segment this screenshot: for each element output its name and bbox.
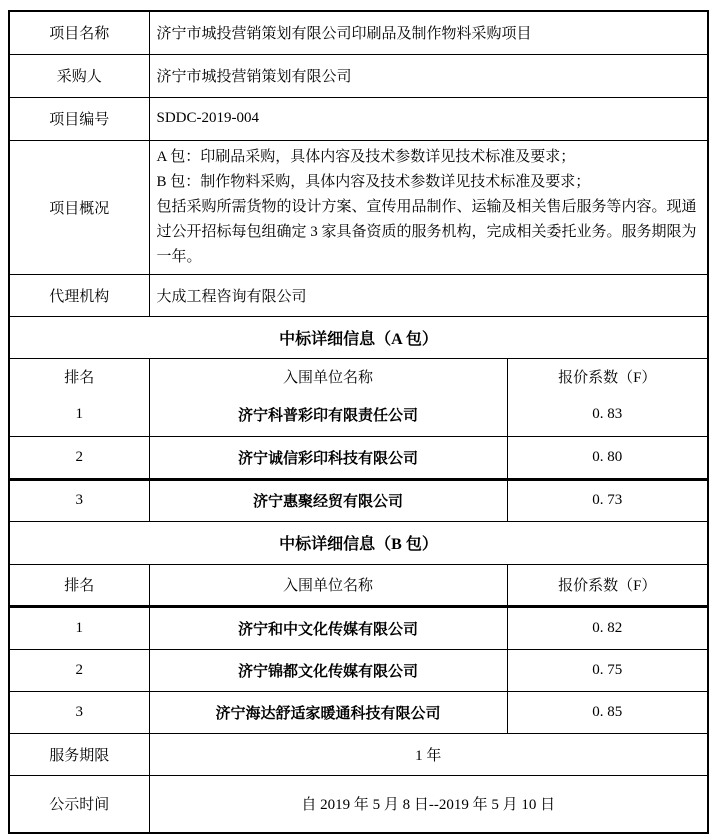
table-row-project-number: 项目编号 SDDC-2019-004 xyxy=(9,97,708,140)
table-row-publicity-time: 公示时间 自 2019 年 5 月 8 日--2019 年 5 月 10 日 xyxy=(9,775,708,833)
company-name-cell: 济宁科普彩印有限责任公司 xyxy=(149,394,507,436)
table-row-purchaser: 采购人 济宁市城投营销策划有限公司 xyxy=(9,54,708,97)
company-column-header: 入围单位名称 xyxy=(149,564,507,606)
ranking-row: 2 济宁锦都文化传媒有限公司 0. 75 xyxy=(9,649,708,691)
section-b-title-row: 中标详细信息（B 包） xyxy=(9,521,708,564)
price-factor-cell: 0. 85 xyxy=(507,691,708,733)
section-a-title: 中标详细信息（A 包） xyxy=(9,316,708,358)
company-name-cell: 济宁诚信彩印科技有限公司 xyxy=(149,436,507,479)
row-label: 采购人 xyxy=(9,54,149,97)
rank-column-header: 排名 xyxy=(9,358,149,394)
factor-column-header: 报价系数（F） xyxy=(507,358,708,394)
project-name-value: 济宁市城投营销策划有限公司印刷品及制作物料采购项目 xyxy=(149,11,708,54)
rank-cell: 3 xyxy=(9,479,149,521)
row-label: 公示时间 xyxy=(9,775,149,833)
procurement-result-table: 项目名称 济宁市城投营销策划有限公司印刷品及制作物料采购项目 采购人 济宁市城投… xyxy=(8,10,709,834)
table-row-agency: 代理机构 大成工程咨询有限公司 xyxy=(9,274,708,316)
price-factor-cell: 0. 80 xyxy=(507,436,708,479)
rank-cell: 1 xyxy=(9,606,149,649)
section-b-title: 中标详细信息（B 包） xyxy=(9,521,708,564)
row-label: 项目编号 xyxy=(9,97,149,140)
ranking-row: 3 济宁惠聚经贸有限公司 0. 73 xyxy=(9,479,708,521)
company-name-cell: 济宁海达舒适家暖通科技有限公司 xyxy=(149,691,507,733)
rank-cell: 3 xyxy=(9,691,149,733)
factor-column-header: 报价系数（F） xyxy=(507,564,708,606)
price-factor-cell: 0. 73 xyxy=(507,479,708,521)
rank-column-header: 排名 xyxy=(9,564,149,606)
agency-value: 大成工程咨询有限公司 xyxy=(149,274,708,316)
rank-cell: 1 xyxy=(9,394,149,436)
ranking-row: 1 济宁科普彩印有限责任公司 0. 83 xyxy=(9,394,708,436)
table-row-project-name: 项目名称 济宁市城投营销策划有限公司印刷品及制作物料采购项目 xyxy=(9,11,708,54)
company-name-cell: 济宁锦都文化传媒有限公司 xyxy=(149,649,507,691)
table-row-project-overview: 项目概况 A 包：印刷品采购，具体内容及技术参数详见技术标准及要求； B 包：制… xyxy=(9,140,708,274)
row-label: 代理机构 xyxy=(9,274,149,316)
section-b-column-header-row: 排名 入围单位名称 报价系数（F） xyxy=(9,564,708,606)
announcement-page: 项目名称 济宁市城投营销策划有限公司印刷品及制作物料采购项目 采购人 济宁市城投… xyxy=(0,0,715,833)
price-factor-cell: 0. 75 xyxy=(507,649,708,691)
price-factor-cell: 0. 83 xyxy=(507,394,708,436)
project-number-value: SDDC-2019-004 xyxy=(149,97,708,140)
table-row-service-period: 服务期限 1 年 xyxy=(9,733,708,775)
publicity-time-value: 自 2019 年 5 月 8 日--2019 年 5 月 10 日 xyxy=(149,775,708,833)
row-label: 项目名称 xyxy=(9,11,149,54)
company-column-header: 入围单位名称 xyxy=(149,358,507,394)
company-name-cell: 济宁和中文化传媒有限公司 xyxy=(149,606,507,649)
section-a-title-row: 中标详细信息（A 包） xyxy=(9,316,708,358)
project-overview-value: A 包：印刷品采购，具体内容及技术参数详见技术标准及要求； B 包：制作物料采购… xyxy=(149,140,708,274)
service-period-value: 1 年 xyxy=(149,733,708,775)
purchaser-value: 济宁市城投营销策划有限公司 xyxy=(149,54,708,97)
company-name-cell: 济宁惠聚经贸有限公司 xyxy=(149,479,507,521)
ranking-row: 1 济宁和中文化传媒有限公司 0. 82 xyxy=(9,606,708,649)
row-label: 项目概况 xyxy=(9,140,149,274)
row-label: 服务期限 xyxy=(9,733,149,775)
price-factor-cell: 0. 82 xyxy=(507,606,708,649)
section-a-column-header-row: 排名 入围单位名称 报价系数（F） xyxy=(9,358,708,394)
rank-cell: 2 xyxy=(9,436,149,479)
ranking-row: 3 济宁海达舒适家暖通科技有限公司 0. 85 xyxy=(9,691,708,733)
ranking-row: 2 济宁诚信彩印科技有限公司 0. 80 xyxy=(9,436,708,479)
rank-cell: 2 xyxy=(9,649,149,691)
